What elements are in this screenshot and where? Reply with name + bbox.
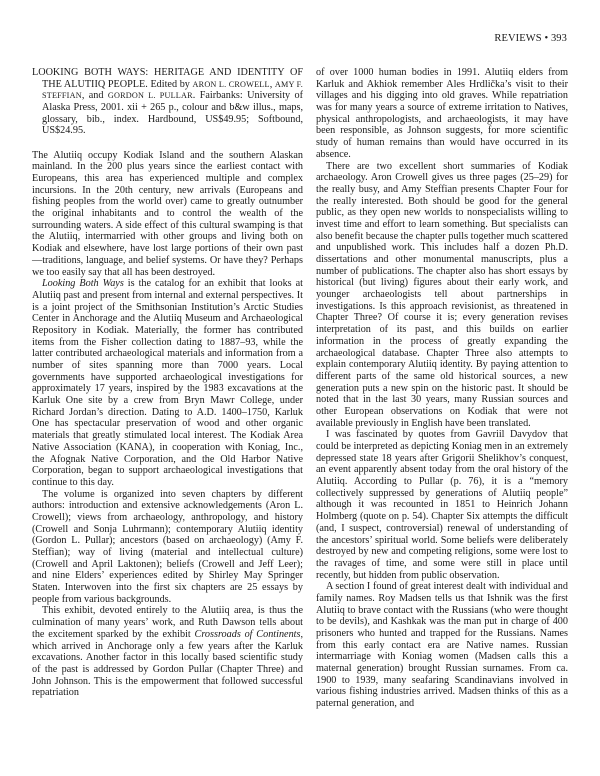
left-column: LOOKING BOTH WAYS: HERITAGE AND IDENTITY… (32, 67, 303, 699)
book-title-italic: Looking Both Ways (42, 278, 124, 289)
book-citation: LOOKING BOTH WAYS: HERITAGE AND IDENTITY… (32, 67, 303, 137)
paragraph: of over 1000 human bodies in 1991. Aluti… (316, 67, 568, 161)
paragraph: This exhibit, devoted entirely to the Al… (32, 605, 303, 699)
paragraph: The volume is organized into seven chapt… (32, 489, 303, 606)
paragraph: Looking Both Ways is the catalog for an … (32, 278, 303, 488)
running-head: REVIEWS • 393 (494, 33, 567, 44)
editor: GORDON L. PULLAR (108, 91, 193, 100)
right-column: of over 1000 human bodies in 1991. Aluti… (316, 67, 568, 710)
paragraph: The Alutiiq occupy Kodiak Island and the… (32, 150, 303, 279)
paragraph: A section I found of great interest deal… (316, 581, 568, 710)
paragraph: There are two excellent short summaries … (316, 161, 568, 430)
paragraph: I was fascinated by quotes from Gavriil … (316, 429, 568, 581)
exhibit-title-italic: Crossroads of Continents (195, 629, 301, 640)
editor: ARON L. CROWELL (193, 80, 270, 89)
